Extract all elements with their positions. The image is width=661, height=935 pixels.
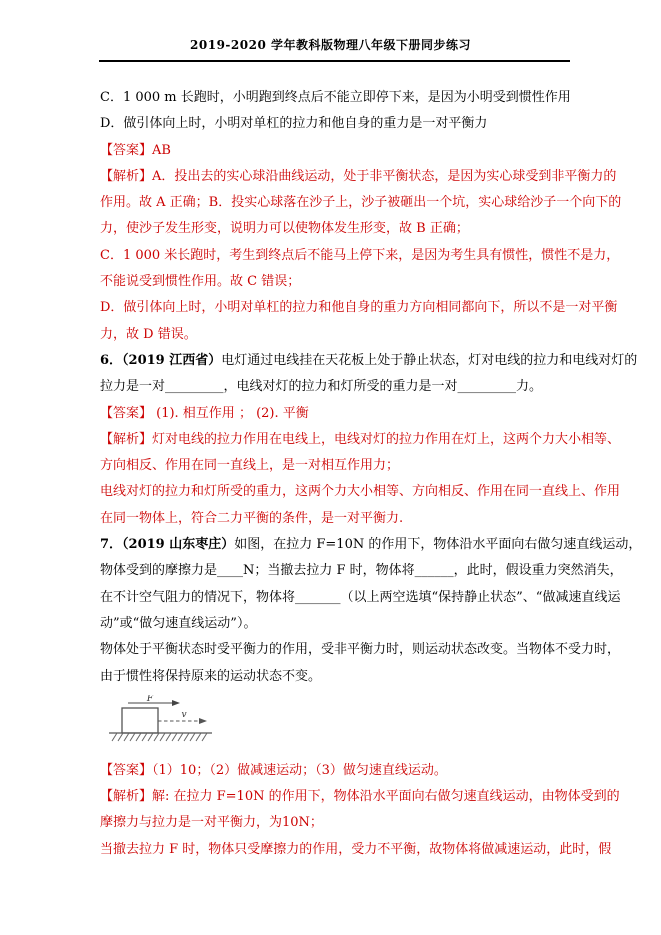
q6-answer: 【答案】 (1). 相互作用 ； (2). 平衡 xyxy=(100,401,581,427)
text-segment: 【答案】AB xyxy=(100,143,171,158)
q5-analysis-line-7: 力，故 D 错误。 xyxy=(100,322,581,348)
text-segment: 动”或“做匀速直线运动”）。 xyxy=(100,616,256,631)
text-segment: 【答案】（1）10；（2）做减速运动；（3）做匀速直线运动。 xyxy=(100,763,447,778)
document-page: 2019-2020 学年教科版物理八年级下册同步练习 C．1 000 m 长跑时… xyxy=(0,0,661,935)
text-segment: 方向相反、作用在同一直线上，是一对相互作用力； xyxy=(100,458,399,473)
text-segment: C．1 000 米长跑时，考生到终点后不能马上停下来，是因为考生具有惯性，惯性不… xyxy=(100,248,619,263)
header-rule xyxy=(99,60,570,62)
text-segment: 摩擦力与拉力是一对平衡力，为10N； xyxy=(100,815,323,830)
header-title: 2019-2020 学年教科版物理八年级下册同步练习 xyxy=(0,0,661,53)
text-segment: 拉力是一对_________，电线对灯的拉力和灯所受的重力是一对________… xyxy=(100,379,542,394)
text-segment: 物体处于平衡状态时受平衡力的作用，受非平衡力时，则运动状态改变。当物体不受力时， xyxy=(100,642,620,657)
q6-analysis-line-1: 【解析】灯对电线的拉力作用在电线上，电线对灯的拉力作用在灯上，这两个力大小相等、 xyxy=(100,427,581,453)
text-segment: 如图，在拉力 F=10N 的作用下，物体沿水平面向右做匀速直线运动， xyxy=(234,537,641,552)
q7-analysis-line-2: 摩擦力与拉力是一对平衡力，为10N； xyxy=(100,810,581,836)
q7-analysis-line-3: 当撤去拉力 F 时，物体只受摩擦力的作用，受力不平衡，故物体将做减速运动，此时，… xyxy=(100,837,581,863)
q5-analysis-line-3: 力，使沙子发生形变，说明力可以使物体发生形变，故 B 正确； xyxy=(100,216,581,242)
text-segment: 【解析】A．投出去的实心球沿曲线运动，处于非平衡状态，是因为实心球受到非平衡力的 xyxy=(100,169,616,184)
text-segment: 【解析】灯对电线的拉力作用在电线上，电线对灯的拉力作用在灯上，这两个力大小相等、 xyxy=(100,432,620,447)
force-arrow-head xyxy=(172,700,180,706)
q6-stem-line-2: 拉力是一对_________，电线对灯的拉力和灯所受的重力是一对________… xyxy=(100,374,581,400)
q6-analysis-line-4: 在同一物体上，符合二力平衡的条件，是一对平衡力. xyxy=(100,506,581,532)
text-segment: 当撤去拉力 F 时，物体只受摩擦力的作用，受力不平衡，故物体将做减速运动，此时，… xyxy=(100,842,611,857)
q7-stem-line-4: 动”或“做匀速直线运动”）。 xyxy=(100,611,581,637)
text-segment: 不能说受到惯性作用。故 C 错误； xyxy=(100,274,300,289)
q6-analysis-line-2: 方向相反、作用在同一直线上，是一对相互作用力； xyxy=(100,453,581,479)
text-segment: 力，使沙子发生形变，说明力可以使物体发生形变，故 B 正确； xyxy=(100,221,469,236)
q7-note-line-2: 由于惯性将保持原来的运动状态不变。 xyxy=(100,664,581,690)
q5-analysis-line-4: C．1 000 米长跑时，考生到终点后不能马上停下来，是因为考生具有惯性，惯性不… xyxy=(100,243,581,269)
q7-figure: F v xyxy=(106,695,581,749)
document-content: C．1 000 m 长跑时，小明跑到终点后不能立即停下来，是因为小明受到惯性作用… xyxy=(100,85,581,863)
text-segment: D．做引体向上时，小明对单杠的拉力和他自身的重力方向相同都向下，所以不是一对平衡 xyxy=(100,300,617,315)
text-segment: 电线对灯的拉力和灯所受的重力，这两个力大小相等、方向相反、作用在同一直线上、作用 xyxy=(100,484,620,499)
text-segment: 物体受到的摩擦力是____N；当撤去拉力 F 时，物体将______，此时，假设… xyxy=(100,563,623,578)
text-segment: 由于惯性将保持原来的运动状态不变。 xyxy=(100,669,321,684)
page-header: 2019-2020 学年教科版物理八年级下册同步练习 xyxy=(0,0,661,62)
question-lead-bold: 6．（2019 江西省） xyxy=(100,353,221,368)
q5-analysis-line-1: 【解析】A．投出去的实心球沿曲线运动，处于非平衡状态，是因为实心球受到非平衡力的 xyxy=(100,164,581,190)
block-rect xyxy=(122,708,158,733)
text-segment: 作用。故 A 正确；B．投实心球落在沙子上，沙子被砸出一个坑，实心球给沙子一个向… xyxy=(100,195,621,210)
question-lead-bold: 7．（2019 山东枣庄） xyxy=(100,537,234,552)
dashed-arrow-head xyxy=(199,718,207,724)
q7-stem-line-1: 7．（2019 山东枣庄）如图，在拉力 F=10N 的作用下，物体沿水平面向右做… xyxy=(100,532,581,558)
text-segment: 电灯通过电线挂在天花板上处于静止状态，灯对电线的拉力和电线对灯的 xyxy=(221,353,637,368)
q6-stem-line-1: 6．（2019 江西省）电灯通过电线挂在天花板上处于静止状态，灯对电线的拉力和电… xyxy=(100,348,581,374)
ground-hatching xyxy=(112,733,207,741)
q6-analysis-line-3: 电线对灯的拉力和灯所受的重力，这两个力大小相等、方向相反、作用在同一直线上、作用 xyxy=(100,479,581,505)
q7-stem-line-2: 物体受到的摩擦力是____N；当撤去拉力 F 时，物体将______，此时，假设… xyxy=(100,558,581,584)
q7-stem-line-3: 在不计空气阻力的情况下，物体将_______（以上两空选填“保持静止状态”、“做… xyxy=(100,585,581,611)
dashed-arrow-label: v xyxy=(181,710,186,720)
force-arrow-label: F xyxy=(146,695,154,704)
text-segment: 【答案】 (1). 相互作用 ； (2). 平衡 xyxy=(100,406,309,421)
q7-note-line-1: 物体处于平衡状态时受平衡力的作用，受非平衡力时，则运动状态改变。当物体不受力时， xyxy=(100,637,581,663)
q5-answer: 【答案】AB xyxy=(100,138,581,164)
text-segment: C．1 000 m 长跑时，小明跑到终点后不能立即停下来，是因为小明受到惯性作用 xyxy=(100,90,571,105)
q5-option-c: C．1 000 m 长跑时，小明跑到终点后不能立即停下来，是因为小明受到惯性作用 xyxy=(100,85,581,111)
q5-option-d: D．做引体向上时，小明对单杠的拉力和他自身的重力是一对平衡力 xyxy=(100,111,581,137)
q5-analysis-line-2: 作用。故 A 正确；B．投实心球落在沙子上，沙子被砸出一个坑，实心球给沙子一个向… xyxy=(100,190,581,216)
text-segment: 力，故 D 错误。 xyxy=(100,327,197,342)
block-on-ground-figure: F v xyxy=(106,695,216,747)
text-segment: 【解析】解: 在拉力 F=10N 的作用下，物体沿水平面向右做匀速直线运动，由物… xyxy=(100,789,620,804)
text-segment: 在不计空气阻力的情况下，物体将_______（以上两空选填“保持静止状态”、“做… xyxy=(100,590,620,605)
q5-analysis-line-5: 不能说受到惯性作用。故 C 错误； xyxy=(100,269,581,295)
text-segment: D．做引体向上时，小明对单杠的拉力和他自身的重力是一对平衡力 xyxy=(100,116,487,131)
q5-analysis-line-6: D．做引体向上时，小明对单杠的拉力和他自身的重力方向相同都向下，所以不是一对平衡 xyxy=(100,295,581,321)
q7-analysis-line-1: 【解析】解: 在拉力 F=10N 的作用下，物体沿水平面向右做匀速直线运动，由物… xyxy=(100,784,581,810)
text-segment: 在同一物体上，符合二力平衡的条件，是一对平衡力. xyxy=(100,511,403,526)
q7-answer: 【答案】（1）10；（2）做减速运动；（3）做匀速直线运动。 xyxy=(100,758,581,784)
